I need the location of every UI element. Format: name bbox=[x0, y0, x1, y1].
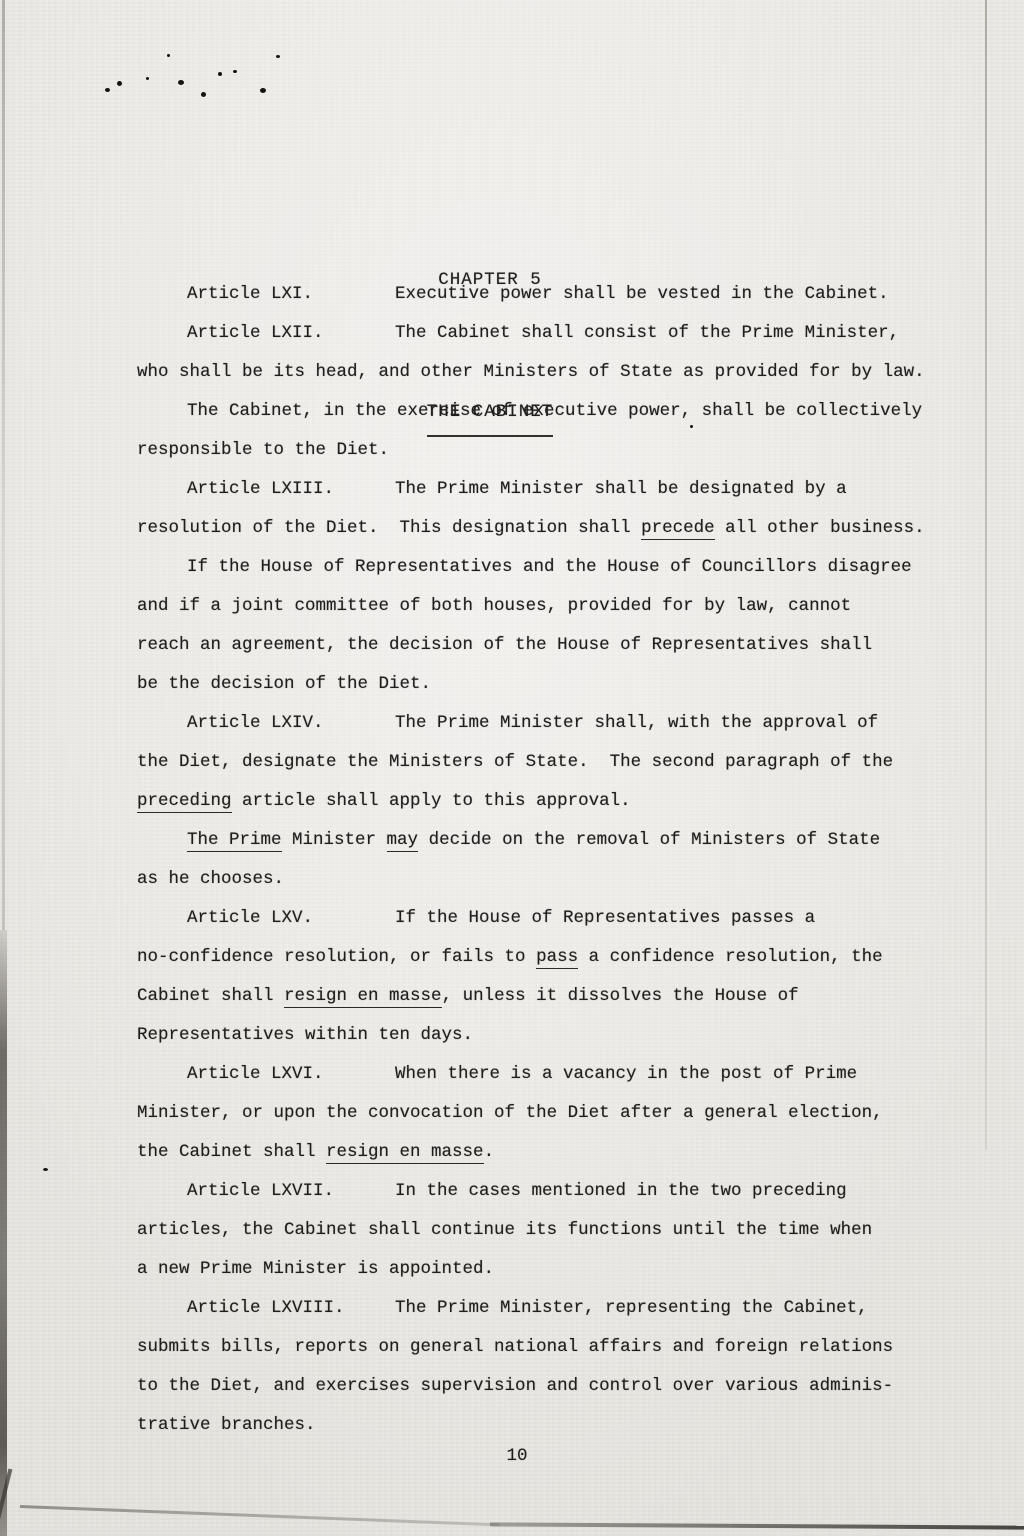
text-segment: If the House of Representatives and the … bbox=[187, 557, 912, 577]
text-segment: Executive power shall be vested in the C… bbox=[395, 284, 889, 304]
document-line: the Cabinet shall resign en masse. bbox=[137, 1133, 997, 1172]
scan-edge-artifact bbox=[490, 1522, 1024, 1529]
document-line: who shall be its head, and other Ministe… bbox=[137, 353, 997, 392]
document-line: to the Diet, and exercises supervision a… bbox=[137, 1367, 997, 1406]
document-line: Article LXI.Executive power shall be ves… bbox=[137, 275, 997, 314]
article-label: Article LXIII. bbox=[187, 470, 395, 509]
document-line: Minister, or upon the convocation of the… bbox=[137, 1094, 997, 1133]
text-segment: a new Prime Minister is appointed. bbox=[137, 1259, 494, 1279]
ink-speck bbox=[690, 425, 693, 428]
document-line: Article LXV.If the House of Representati… bbox=[137, 899, 997, 938]
article-label: Article LXII. bbox=[187, 314, 395, 353]
document-line: Article LXIV.The Prime Minister shall, w… bbox=[137, 704, 997, 743]
document-line: Article LXII.The Cabinet shall consist o… bbox=[137, 314, 997, 353]
text-segment: to the Diet, and exercises supervision a… bbox=[137, 1376, 893, 1396]
ink-speck bbox=[178, 80, 184, 85]
article-label: Article LXVII. bbox=[187, 1172, 395, 1211]
document-line: no-confidence resolution, or fails to pa… bbox=[137, 938, 997, 977]
ink-speck bbox=[146, 77, 149, 80]
text-segment: When there is a vacancy in the post of P… bbox=[395, 1064, 857, 1084]
article-label: Article LXVI. bbox=[187, 1055, 395, 1094]
text-segment: . bbox=[484, 1142, 495, 1162]
document-line: responsible to the Diet. bbox=[137, 431, 997, 470]
text-segment: Representatives within ten days. bbox=[137, 1025, 473, 1045]
text-segment: If the House of Representatives passes a bbox=[395, 908, 815, 928]
document-line: If the House of Representatives and the … bbox=[137, 548, 997, 587]
underlined-text-segment: resign en masse bbox=[326, 1142, 484, 1164]
document-line: as he chooses. bbox=[137, 860, 997, 899]
article-label: Article LXV. bbox=[187, 899, 395, 938]
ink-speck bbox=[43, 1168, 48, 1171]
underlined-text-segment: resign en masse bbox=[284, 986, 442, 1008]
text-segment: responsible to the Diet. bbox=[137, 440, 389, 460]
text-segment: Cabinet shall bbox=[137, 986, 284, 1006]
scan-edge-artifact bbox=[2, 0, 5, 930]
underlined-text-segment: preceding bbox=[137, 791, 232, 813]
text-segment: and if a joint committee of both houses,… bbox=[137, 596, 851, 616]
underlined-text-segment: precede bbox=[641, 518, 715, 540]
text-segment: a confidence resolution, the bbox=[578, 947, 883, 967]
ink-speck bbox=[218, 72, 222, 76]
text-segment: The Cabinet shall consist of the Prime M… bbox=[395, 323, 899, 343]
document-line: The Cabinet, in the exercise of executiv… bbox=[137, 392, 997, 431]
document-line: be the decision of the Diet. bbox=[137, 665, 997, 704]
article-label: Article LXIV. bbox=[187, 704, 395, 743]
ink-speck bbox=[117, 81, 122, 86]
text-segment: In the cases mentioned in the two preced… bbox=[395, 1181, 847, 1201]
text-segment: article shall apply to this approval. bbox=[232, 791, 631, 811]
underlined-text-segment: pass bbox=[536, 947, 578, 969]
text-segment: The Prime Minister, representing the Cab… bbox=[395, 1298, 868, 1318]
text-segment: no-confidence resolution, or fails to bbox=[137, 947, 536, 967]
document-line: resolution of the Diet. This designation… bbox=[137, 509, 997, 548]
text-segment: , unless it dissolves the House of bbox=[442, 986, 799, 1006]
scan-edge-artifact bbox=[20, 1505, 500, 1526]
text-segment: all other business. bbox=[715, 518, 925, 538]
document-line: Article LXIII.The Prime Minister shall b… bbox=[137, 470, 997, 509]
text-segment: resolution of the Diet. This designation… bbox=[137, 518, 641, 538]
text-segment: submits bills, reports on general nation… bbox=[137, 1337, 893, 1357]
ink-speck bbox=[260, 88, 266, 93]
text-segment: as he chooses. bbox=[137, 869, 284, 889]
text-segment: Minister bbox=[282, 830, 387, 850]
ink-speck bbox=[233, 70, 237, 73]
text-segment: trative branches. bbox=[137, 1415, 316, 1435]
scan-edge-artifact bbox=[0, 930, 7, 1536]
document-line: Cabinet shall resign en masse, unless it… bbox=[137, 977, 997, 1016]
document-line: reach an agreement, the decision of the … bbox=[137, 626, 997, 665]
document-line: preceding article shall apply to this ap… bbox=[137, 782, 997, 821]
document-line: Article LXVIII.The Prime Minister, repre… bbox=[137, 1289, 997, 1328]
scanned-document-page: CHAPTER 5 THE CABINET Article LXI.Execut… bbox=[0, 0, 1024, 1536]
ink-speck bbox=[167, 54, 170, 57]
underlined-text-segment: The Prime bbox=[187, 830, 282, 852]
text-segment: reach an agreement, the decision of the … bbox=[137, 635, 872, 655]
document-line: Article LXVII.In the cases mentioned in … bbox=[137, 1172, 997, 1211]
page-number: 10 bbox=[137, 1446, 897, 1466]
underlined-text-segment: may bbox=[387, 830, 419, 852]
text-segment: the Diet, designate the Ministers of Sta… bbox=[137, 752, 893, 772]
document-line: trative branches. bbox=[137, 1406, 997, 1445]
document-line: and if a joint committee of both houses,… bbox=[137, 587, 997, 626]
article-label: Article LXVIII. bbox=[187, 1289, 395, 1328]
document-line: articles, the Cabinet shall continue its… bbox=[137, 1211, 997, 1250]
ink-speck bbox=[276, 55, 280, 58]
article-label: Article LXI. bbox=[187, 275, 395, 314]
document-line: Article LXVI.When there is a vacancy in … bbox=[137, 1055, 997, 1094]
text-segment: decide on the removal of Ministers of St… bbox=[418, 830, 880, 850]
ink-speck bbox=[201, 92, 206, 97]
document-line: submits bills, reports on general nation… bbox=[137, 1328, 997, 1367]
text-segment: be the decision of the Diet. bbox=[137, 674, 431, 694]
document-line: The Prime Minister may decide on the rem… bbox=[137, 821, 997, 860]
text-segment: The Prime Minister shall be designated b… bbox=[395, 479, 847, 499]
text-segment: the Cabinet shall bbox=[137, 1142, 326, 1162]
document-line: Representatives within ten days. bbox=[137, 1016, 997, 1055]
document-line: the Diet, designate the Ministers of Sta… bbox=[137, 743, 997, 782]
text-segment: who shall be its head, and other Ministe… bbox=[137, 362, 925, 382]
text-segment: The Prime Minister shall, with the appro… bbox=[395, 713, 878, 733]
text-segment: The Cabinet, in the exercise of executiv… bbox=[187, 401, 922, 421]
text-segment: Minister, or upon the convocation of the… bbox=[137, 1103, 883, 1123]
document-line: a new Prime Minister is appointed. bbox=[137, 1250, 997, 1289]
document-lines: Article LXI.Executive power shall be ves… bbox=[137, 275, 997, 1445]
ink-speck bbox=[105, 88, 110, 92]
text-segment: articles, the Cabinet shall continue its… bbox=[137, 1220, 872, 1240]
